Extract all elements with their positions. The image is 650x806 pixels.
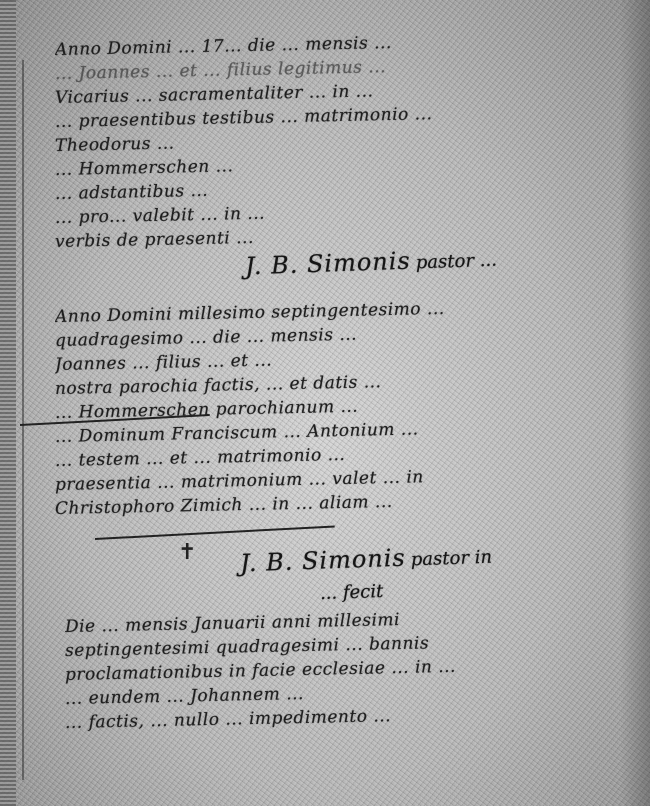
register-entry-2: Anno Domini millesimo septingentesimo ..… — [55, 305, 615, 521]
signature-2: J. B. Simonis pastor in — [240, 541, 493, 578]
signature-2-subtitle: ... fecit — [320, 581, 384, 604]
signature-title: pastor ... — [415, 250, 497, 274]
register-entry-3: Die ... mensis Januarii anni millesimi s… — [65, 615, 625, 735]
cross-mark-icon: ✝ — [178, 540, 196, 565]
signature-name: J. B. Simonis — [240, 544, 407, 578]
register-entry-1: Anno Domini ... 17... die ... mensis ...… — [55, 38, 615, 254]
page-binding-edge — [0, 0, 16, 806]
underline-mark — [95, 525, 335, 540]
signature-name: J. B. Simonis — [245, 247, 412, 281]
signature-subtitle: ... fecit — [320, 581, 384, 604]
margin-rule — [22, 60, 24, 780]
signature-title: pastor in — [410, 547, 492, 571]
scanned-page: Anno Domini ... 17... die ... mensis ...… — [0, 0, 650, 806]
